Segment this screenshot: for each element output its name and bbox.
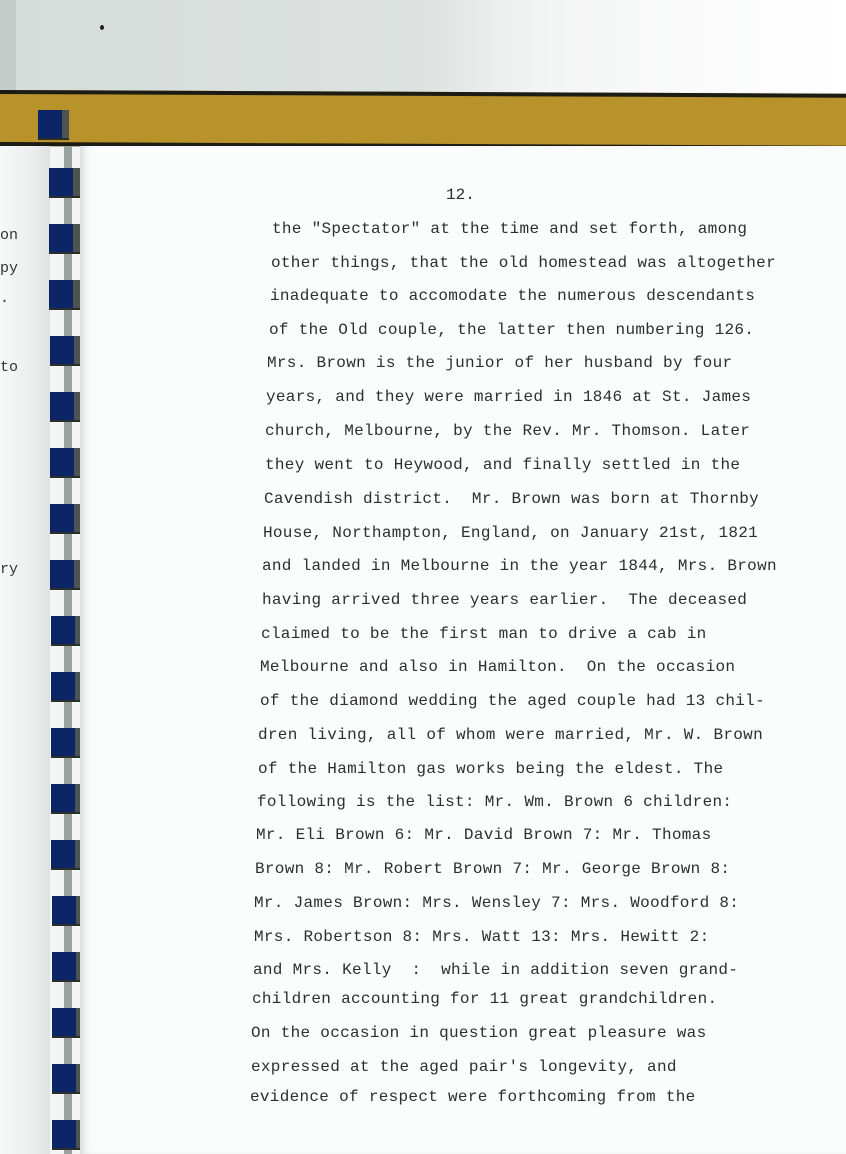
binding-ring-icon (51, 672, 82, 700)
binding-ring-icon (50, 392, 81, 420)
text-line: Mrs. Brown is the junior of her husband … (267, 354, 732, 372)
binding-ring-icon (51, 728, 82, 756)
binding-ring-icon (38, 110, 69, 138)
text-line: other things, that the old homestead was… (271, 254, 776, 272)
prev-page-fragment: to (0, 360, 18, 375)
text-line: expressed at the aged pair's longevity, … (251, 1058, 677, 1076)
binding-ring-icon (49, 224, 80, 252)
text-line: children accounting for 11 great grandch… (252, 990, 717, 1008)
binding-ring-icon (50, 560, 81, 588)
binding-ring-icon (50, 504, 81, 532)
text-line: inadequate to accomodate the numerous de… (270, 287, 755, 305)
binding-ring-icon (49, 168, 80, 196)
text-line: House, Northampton, England, on January … (263, 524, 758, 542)
text-line: On the occasion in question great pleasu… (251, 1024, 706, 1042)
text-line: of the Old couple, the latter then numbe… (269, 321, 754, 339)
text-line: evidence of respect were forthcoming fro… (250, 1088, 696, 1106)
text-line: having arrived three years earlier. The … (262, 591, 747, 609)
binding-ring-icon (52, 896, 83, 924)
binding-ring-icon (49, 280, 80, 308)
text-line: Melbourne and also in Hamilton. On the o… (260, 658, 735, 676)
text-line: claimed to be the first man to drive a c… (261, 625, 707, 643)
text-line: Mr. Eli Brown 6: Mr. David Brown 7: Mr. … (256, 826, 711, 844)
page-number: 12. (446, 186, 475, 204)
text-line: church, Melbourne, by the Rev. Mr. Thoms… (265, 422, 750, 440)
binding-ring-icon (52, 1120, 83, 1148)
text-line: Brown 8: Mr. Robert Brown 7: Mr. George … (255, 860, 730, 878)
previous-page-edge: on py . to ry (0, 146, 50, 1154)
text-line: and landed in Melbourne in the year 1844… (262, 557, 777, 575)
binding-ring-icon (51, 616, 82, 644)
binding-ring-icon (52, 1008, 83, 1036)
scanner-background (0, 0, 846, 92)
text-line: dren living, all of whom were married, M… (258, 726, 763, 744)
prev-page-fragment: ry (0, 562, 18, 577)
binding-ring-icon (52, 952, 83, 980)
text-line: years, and they were married in 1846 at … (266, 388, 751, 406)
binding-ring-icon (51, 784, 82, 812)
binding-cover-band (0, 90, 846, 150)
left-edge-shadow (0, 0, 16, 92)
text-line: Mr. James Brown: Mrs. Wensley 7: Mrs. Wo… (254, 894, 739, 912)
text-line: following is the list: Mr. Wm. Brown 6 c… (257, 793, 732, 811)
prev-page-fragment: py (0, 261, 18, 276)
binding-ring-icon (50, 336, 81, 364)
speck-mark (100, 25, 104, 30)
text-line: and Mrs. Kelly : while in addition seven… (253, 961, 738, 979)
text-line: Mrs. Robertson 8: Mrs. Watt 13: Mrs. Hew… (254, 928, 709, 946)
prev-page-fragment: . (0, 291, 9, 306)
text-line: of the Hamilton gas works being the elde… (258, 760, 723, 778)
text-line: Cavendish district. Mr. Brown was born a… (264, 490, 759, 508)
binding-ring-icon (52, 1064, 83, 1092)
binding-ring-icon (51, 840, 82, 868)
text-line: they went to Heywood, and finally settle… (265, 456, 740, 474)
text-line: of the diamond wedding the aged couple h… (260, 692, 765, 710)
binding-ring-icon (50, 448, 81, 476)
text-line: the "Spectator" at the time and set fort… (272, 220, 747, 238)
prev-page-fragment: on (0, 228, 18, 243)
